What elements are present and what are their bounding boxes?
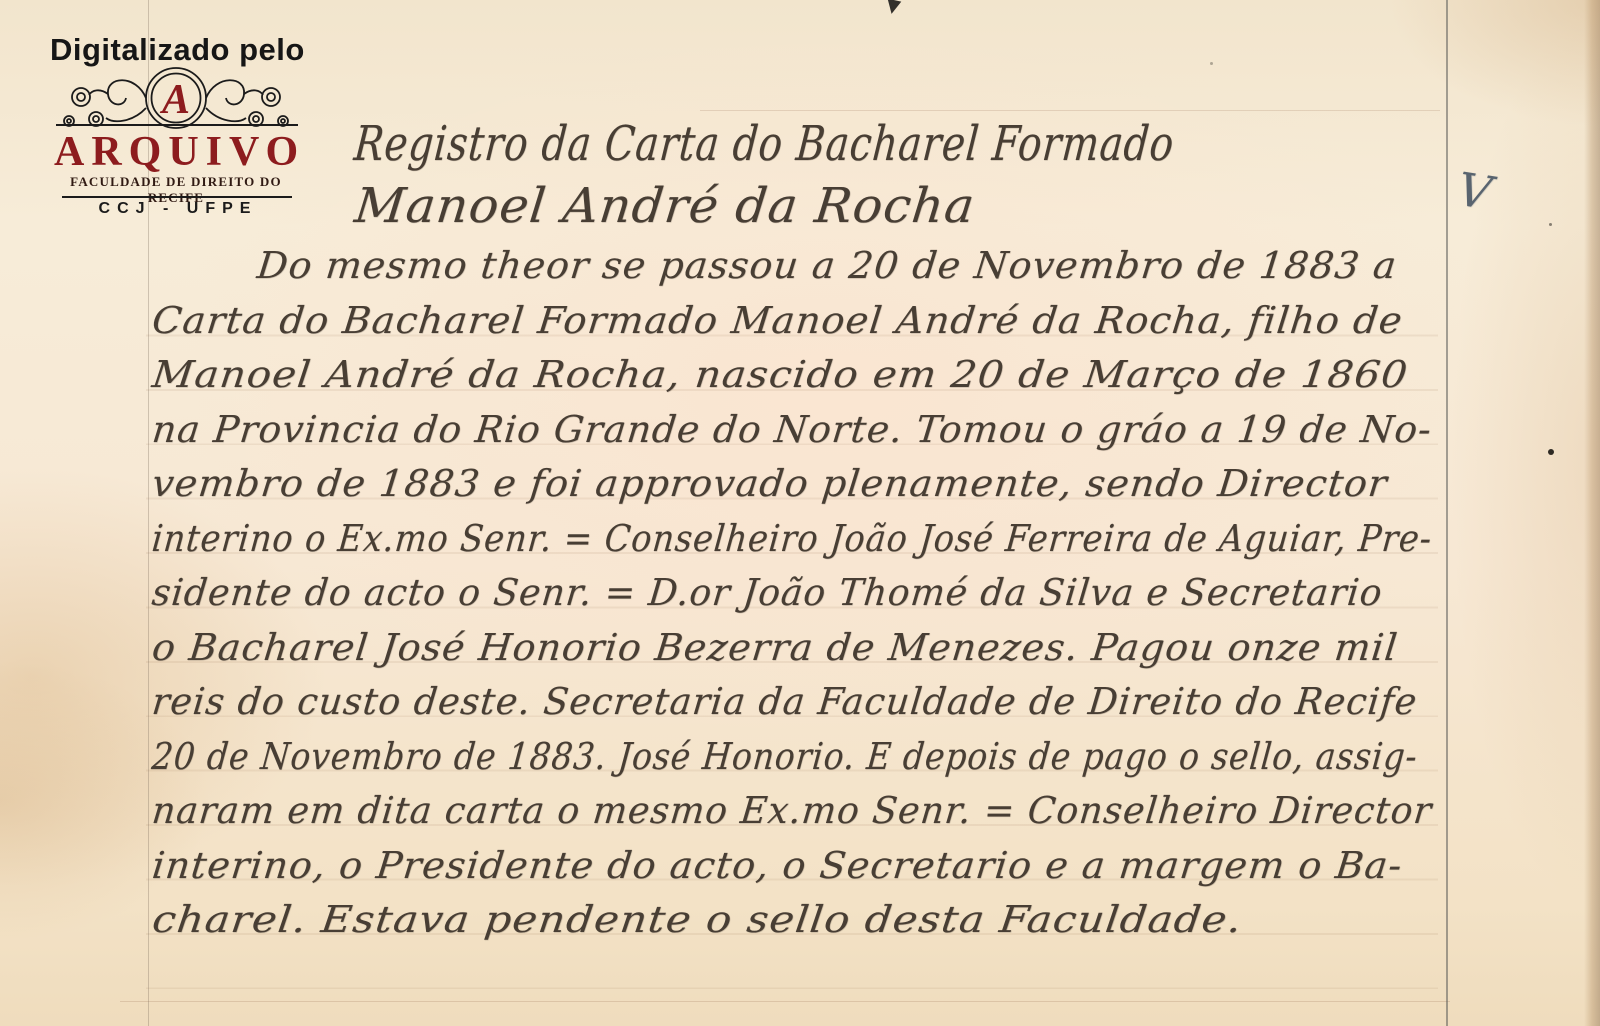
handwritten-line: sidente do acto o Senr. = D.or João Thom… (150, 571, 1385, 614)
archive-brand-name: ARQUIVO (54, 128, 302, 176)
ink-dot (1548, 449, 1554, 455)
ink-mark-top-edge (885, 0, 902, 15)
watermark-divider (56, 124, 298, 126)
ruled-line (120, 1001, 1450, 1002)
handwritten-line: interino, o Presidente do acto, o Secret… (150, 844, 1405, 887)
scanned-document-page: Digitalizado pelo A (0, 0, 1600, 1026)
handwritten-line: Carta do Bacharel Formado Manoel André d… (150, 299, 1405, 342)
margin-checkmark: V (1454, 162, 1495, 221)
monogram-letter: A (159, 77, 190, 123)
handwritten-line: o Bacharel José Honorio Bezerra de Menez… (150, 626, 1400, 669)
handwritten-line: Manoel André da Rocha, nascido em 20 de … (150, 353, 1410, 396)
right-margin-line (1446, 0, 1448, 1026)
handwritten-line: naram em dita carta o mesmo Ex.mo Senr. … (150, 789, 1434, 832)
handwritten-title-line: Registro da Carta do Bacharel Formado (352, 116, 1176, 172)
handwritten-line: vembro de 1883 e foi approvado plenament… (150, 462, 1390, 505)
ruled-line (700, 110, 1440, 111)
handwritten-title-line: Manoel André da Rocha (352, 178, 978, 234)
handwritten-line: Do mesmo theor se passou a 20 de Novembr… (255, 244, 1399, 287)
handwritten-line: na Provincia do Rio Grande do Norte. Tom… (150, 408, 1434, 451)
org-acronym: CCJ - UFPE (54, 200, 302, 218)
handwritten-line: interino o Ex.mo Senr. = Conselheiro Joã… (150, 517, 1434, 560)
watermark-divider (62, 196, 292, 198)
ink-dot (1210, 62, 1213, 65)
ink-dot (1549, 223, 1552, 226)
handwritten-line: reis do custo deste. Secretaria da Facul… (150, 680, 1420, 723)
handwritten-line: charel. Estava pendente o sello desta Fa… (150, 898, 1245, 941)
handwritten-line: 20 de Novembro de 1883. José Honorio. E … (150, 735, 1420, 778)
